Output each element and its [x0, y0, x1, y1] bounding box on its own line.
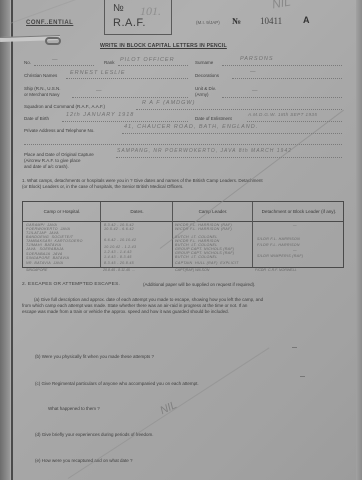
no-line — [34, 65, 94, 66]
rank-line — [118, 65, 188, 66]
form-instruction: WRITE IN BLOCK CAPITAL LETTERS IN PENCIL — [100, 43, 227, 49]
surname-label: Surname — [195, 60, 213, 65]
address-line-2 — [24, 144, 342, 145]
surname-value[interactable]: PARSONS — [240, 56, 274, 62]
classification-label: CONF..ENTIAL — [26, 20, 73, 26]
question-2a-line3: escape was made from a train or vehicle … — [22, 309, 229, 315]
margin-mark — [292, 347, 297, 348]
squadron-value[interactable]: R A F (AMDGW) — [142, 100, 195, 106]
raf-no-label: № — [113, 3, 124, 14]
enlistment-label: Date of Enlistment — [195, 116, 232, 121]
paper-clip-loop-icon — [45, 37, 61, 45]
capture-label-line3: and date of a/c crash). — [24, 164, 69, 169]
table-cell: NR. BATAVIA JAVA — [26, 261, 63, 266]
header-camp-leader: Camp Leader. — [173, 202, 253, 222]
table-cell: 8.3.45 - 20.8.45 — [104, 261, 134, 266]
table-cell: 10.10.42 - 1.2.43 — [104, 245, 136, 250]
serial-number: 10411 — [260, 16, 282, 26]
table-cell: 1.4.43 - 8.3.45 — [104, 255, 132, 260]
serial-suffix: A — [303, 15, 310, 25]
rank-label: Rank — [104, 60, 115, 65]
table-cell: S/LDR WIMPERIS (RAF) — [257, 254, 303, 259]
question-2c-follow: What happened to them ? — [48, 406, 100, 412]
form-no-label: № — [232, 16, 241, 26]
table-cell: JAVA SOERABAJA — [26, 247, 64, 252]
ship-value[interactable]: — — [96, 88, 103, 94]
table-cell: SINGAPORE BATAVIA — [26, 256, 69, 261]
camps-table: Camp or Hospital. Dates. Camp Leader. De… — [22, 201, 344, 268]
escapes-note: (Additional paper will be supplied on re… — [143, 282, 255, 288]
squadron-label: Squadron and Command (R.A.F., A.A.F.) — [24, 104, 105, 109]
form-reference: (M.I. 9/JAP) — [196, 20, 220, 25]
ship-line — [72, 97, 188, 98]
question-2e: (e) How were you recaptured and on what … — [35, 458, 133, 464]
ship-label-line1: Ship (R.N., U.S.N. — [24, 86, 61, 91]
table-cell: — — [293, 248, 297, 253]
unit-value[interactable]: — — [252, 88, 259, 94]
christian-names-value[interactable]: ERNEST LESLIE — [70, 70, 126, 76]
ship-label-line2: or Merchant Navy — [24, 92, 60, 97]
raf-label: R.A.F. — [113, 17, 146, 29]
question-1-line2: (or Block) Leaders or, in the case of ho… — [22, 184, 347, 190]
page-shadow — [0, 0, 10, 480]
table-cell: 10.5.42 - 6.6.42 — [104, 227, 134, 232]
unit-label-line2: (Army) — [195, 92, 209, 97]
table-overflow-camp: SINGAPORE — [24, 268, 47, 272]
header-camp: Camp or Hospital. — [23, 202, 101, 222]
table-overflow-detachment: F/CDR C.R.F. NORWELL — [255, 268, 297, 272]
dob-value[interactable]: 12th JANUARY 1918 — [66, 112, 134, 118]
no-label: No. — [24, 60, 31, 65]
raf-number-box: № 101. R.A.F. — [104, 0, 172, 35]
decorations-line — [232, 78, 342, 79]
decorations-label: Decorations — [195, 73, 219, 78]
table-cell: CAPTAIN HULL (RAF) EXPLICIT — [175, 261, 239, 266]
header-dates: Dates. — [101, 202, 173, 222]
table-overflow-leader: CAPT(RAF) WILSON — [175, 268, 209, 272]
table-cell: BUTCH LT. COLONEL — [175, 255, 218, 260]
unit-label-line1: Unit & Div. — [195, 86, 216, 91]
address-label: Private Address and Telephone No. — [24, 128, 94, 133]
question-2c: (c) Give Regimental particulars of anyon… — [35, 381, 199, 387]
surname-line — [222, 65, 342, 66]
capture-label-line1: Place and Date of Original Capture — [24, 152, 94, 157]
rank-value[interactable]: PILOT OFFICER — [120, 57, 175, 63]
binding-line — [11, 0, 13, 480]
dob-line — [62, 121, 188, 122]
table-cell: F/LDR F.L. HARRISON — [257, 243, 300, 248]
enlistment-value[interactable]: A.M.D.G.W. 18th SEPT 1935 — [248, 112, 317, 117]
dob-label: Date of Birth — [24, 116, 49, 121]
table-cell: — — [293, 223, 297, 228]
squadron-line — [136, 109, 342, 110]
document-page: CONF..ENTIAL № 101. R.A.F. NIL (M.I. 9/J… — [0, 0, 362, 480]
question-2b: (b) Were you physically fit when you mad… — [35, 354, 154, 360]
christian-names-line — [66, 78, 188, 79]
nil-annotation-top: NIL — [271, 0, 292, 12]
decorations-value[interactable]: — — [250, 69, 257, 75]
no-value[interactable]: — — [52, 57, 59, 63]
capture-line — [116, 157, 342, 158]
margin-mark — [300, 376, 305, 377]
table-cell: S/LDR F.L. HARRISON — [257, 237, 300, 242]
table-cell: 6.6.42 - 10.10.42 — [104, 238, 136, 243]
capture-value[interactable]: SAMPANG, NR POERWOKERTO, JAVA 8th MARCH … — [117, 148, 292, 154]
nil-annotation: NIL — [158, 399, 179, 417]
table-overflow-dates: 20.8.45 - 8.11.45 ... — [103, 268, 135, 272]
capture-label-line2: (Aircrew R.A.F. to give place — [24, 158, 81, 163]
escapes-heading: 2. ESCAPES OR ATTEMPTED ESCAPES. — [22, 282, 120, 288]
table-cell: 1.2.43 - 1.4.43 — [104, 250, 132, 255]
header-detachment-leader: Detachment or Block Leader (if any). — [253, 202, 345, 222]
unit-line — [222, 97, 342, 98]
christian-names-label: Christian Names — [24, 73, 57, 78]
page-edge — [356, 0, 362, 480]
address-value[interactable]: 41, CHAUCER ROAD, BATH, ENGLAND. — [124, 124, 258, 130]
